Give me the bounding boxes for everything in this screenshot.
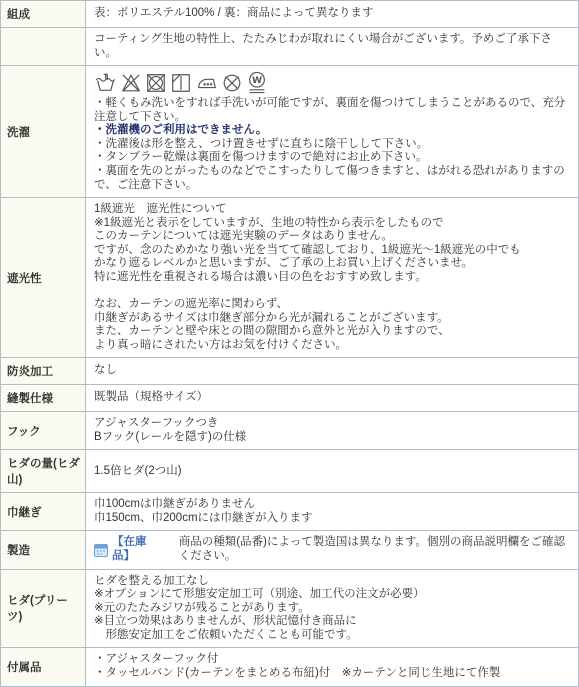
spec-text: 商品の種類(品番)によって製造国は異なります。個別の商品説明欄をご確認ください。 <box>179 536 570 563</box>
spec-text: ・軽くもみ洗いをすれば手洗いが可能ですが、裏面を傷つけてしまうことがあるので、充… <box>94 97 570 124</box>
spec-text: ・タンブラー乾燥は裏面を傷つけますので絶対にお止め下さい。 <box>94 151 570 165</box>
table-row-manufacture: 製造 【在庫品】 商品の種類(品番)によって製造国は異なります。個別の商品説 <box>1 531 579 569</box>
spec-text: 形態安定加工をご依頼いただくことも可能です。 <box>94 629 570 643</box>
spec-text: アジャスターフックつき <box>94 417 570 431</box>
spec-text: 既製品（規格サイズ） <box>94 391 570 405</box>
care-symbols: W <box>94 71 570 94</box>
wet-clean-icon: W <box>246 71 268 94</box>
spec-text: ・アジャスターフック付 <box>94 653 570 667</box>
row-label <box>1 28 86 66</box>
row-label: ヒダの量(ヒダ山) <box>1 450 86 493</box>
row-label: 防炎加工 <box>1 358 86 385</box>
row-label: フック <box>1 412 86 450</box>
do-not-tumble-dry-icon <box>145 72 167 94</box>
spacer-line <box>94 284 570 298</box>
spec-text: 巾150cm、巾200cmには巾継ぎが入ります <box>94 512 570 526</box>
table-row-pleat-amount: ヒダの量(ヒダ山) 1.5倍ヒダ(2つ山) <box>1 450 579 493</box>
calendar-icon <box>94 543 108 557</box>
do-not-dry-clean-icon <box>221 72 243 94</box>
spec-text: 巾継ぎがあるサイズは巾継ぎ部分から光が漏れることがございます。 <box>94 312 570 326</box>
row-label: 付属品 <box>1 648 86 686</box>
spec-text: ※目立つ効果はありませんが、形状記憶付き商品に <box>94 615 570 629</box>
spec-text: ※1級遮光と表示をしていますが、生地の特性から表示をしたもので <box>94 217 570 231</box>
table-row-flameproof: 防炎加工 なし <box>1 358 579 385</box>
spec-text: ・裏面を先のとがったものなどでこすったりして傷つきますと、はがれる恐れがあります… <box>94 165 570 192</box>
product-spec-table: 組成 表：ポリエステル100% / 裏：商品によって異なります コーティング生地… <box>0 0 579 687</box>
row-label: 巾継ぎ <box>1 493 86 531</box>
spec-text: ・洗濯後は形を整え、つけ置きせずに直ちに陰干しして下さい。 <box>94 138 570 152</box>
spec-text: なお、カーテンの遮光率に関わらず、 <box>94 298 570 312</box>
table-row-shading: 遮光性 1級遮光 遮光性について ※1級遮光と表示をしていますが、生地の特性から… <box>1 198 579 358</box>
row-label: 組成 <box>1 1 86 28</box>
no-machine-wash-warning: ・洗濯機のご利用はできません。 <box>94 124 570 138</box>
spec-text: また、カーテンと壁や床との間の隙間から意外と光が入りますので、 <box>94 325 570 339</box>
spec-text: ※元のたたみジワが残ることがあります。 <box>94 602 570 616</box>
iron-icon <box>195 72 218 94</box>
table-row-washing: 洗濯 <box>1 66 579 198</box>
spec-text: ですが、念のためかなり強い光を当てて確認しており、1級遮光～1級遮光の中でも <box>94 244 570 258</box>
spec-text: なし <box>94 364 570 378</box>
spec-text: Bフック(レールを隠す)の仕様 <box>94 431 570 445</box>
table-row-coating-note: コーティング生地の特性上、たたみじわが取れにくい場合がございます。予めご了承下さ… <box>1 28 579 66</box>
row-label: ヒダ(プリーツ) <box>1 569 86 648</box>
table-row-accessories: 付属品 ・アジャスターフック付 ・タッセルバンド(カーテンをまとめる布紐)付 ※… <box>1 648 579 686</box>
row-label: 製造 <box>1 531 86 569</box>
table-row-composition: 組成 表：ポリエステル100% / 裏：商品によって異なります <box>1 1 579 28</box>
spec-text: 巾100cmは巾継ぎがありません <box>94 498 570 512</box>
table-row-sewing-spec: 縫製仕様 既製品（規格サイズ） <box>1 385 579 412</box>
spec-text: このカーテンについては遮光実験のデータはありません。 <box>94 230 570 244</box>
row-label: 遮光性 <box>1 198 86 358</box>
spec-text: ※オプションにて形態安定加工可（別途、加工代の注文が必要） <box>94 588 570 602</box>
row-label: 洗濯 <box>1 66 86 198</box>
spec-text: より真っ暗にされたい方はお気を付けください。 <box>94 339 570 353</box>
spec-text: かなり遮るレベルかと思いますが、ご了承の上お買い上げくださいませ。 <box>94 257 570 271</box>
spec-text: 特に遮光性を重視される場合は濃い目の色をおすすめ致します。 <box>94 271 570 285</box>
spec-text: ・タッセルバンド(カーテンをまとめる布紐)付 ※カーテンと同じ生地にて作製 <box>94 667 570 681</box>
hang-dry-in-shade-icon <box>170 72 192 94</box>
spec-text: ヒダを整える加工なし <box>94 575 570 589</box>
table-row-width-seam: 巾継ぎ 巾100cmは巾継ぎがありません 巾150cm、巾200cmには巾継ぎが… <box>1 493 579 531</box>
spec-text: 1.5倍ヒダ(2つ山) <box>94 465 570 479</box>
table-row-pleats: ヒダ(プリーツ) ヒダを整える加工なし ※オプションにて形態安定加工可（別途、加… <box>1 569 579 648</box>
spec-text: コーティング生地の特性上、たたみじわが取れにくい場合がございます。予めご了承下さ… <box>94 33 570 60</box>
svg-text:W: W <box>252 75 262 86</box>
stock-badge[interactable]: 【在庫品】 <box>112 536 163 563</box>
do-not-bleach-icon <box>120 72 142 94</box>
row-label: 縫製仕様 <box>1 385 86 412</box>
table-row-hook: フック アジャスターフックつき Bフック(レールを隠す)の仕様 <box>1 412 579 450</box>
handwash-icon <box>94 72 117 94</box>
spec-text: 表：ポリエステル100% / 裏：商品によって異なります <box>94 7 570 21</box>
spec-text: 1級遮光 遮光性について <box>94 203 570 217</box>
